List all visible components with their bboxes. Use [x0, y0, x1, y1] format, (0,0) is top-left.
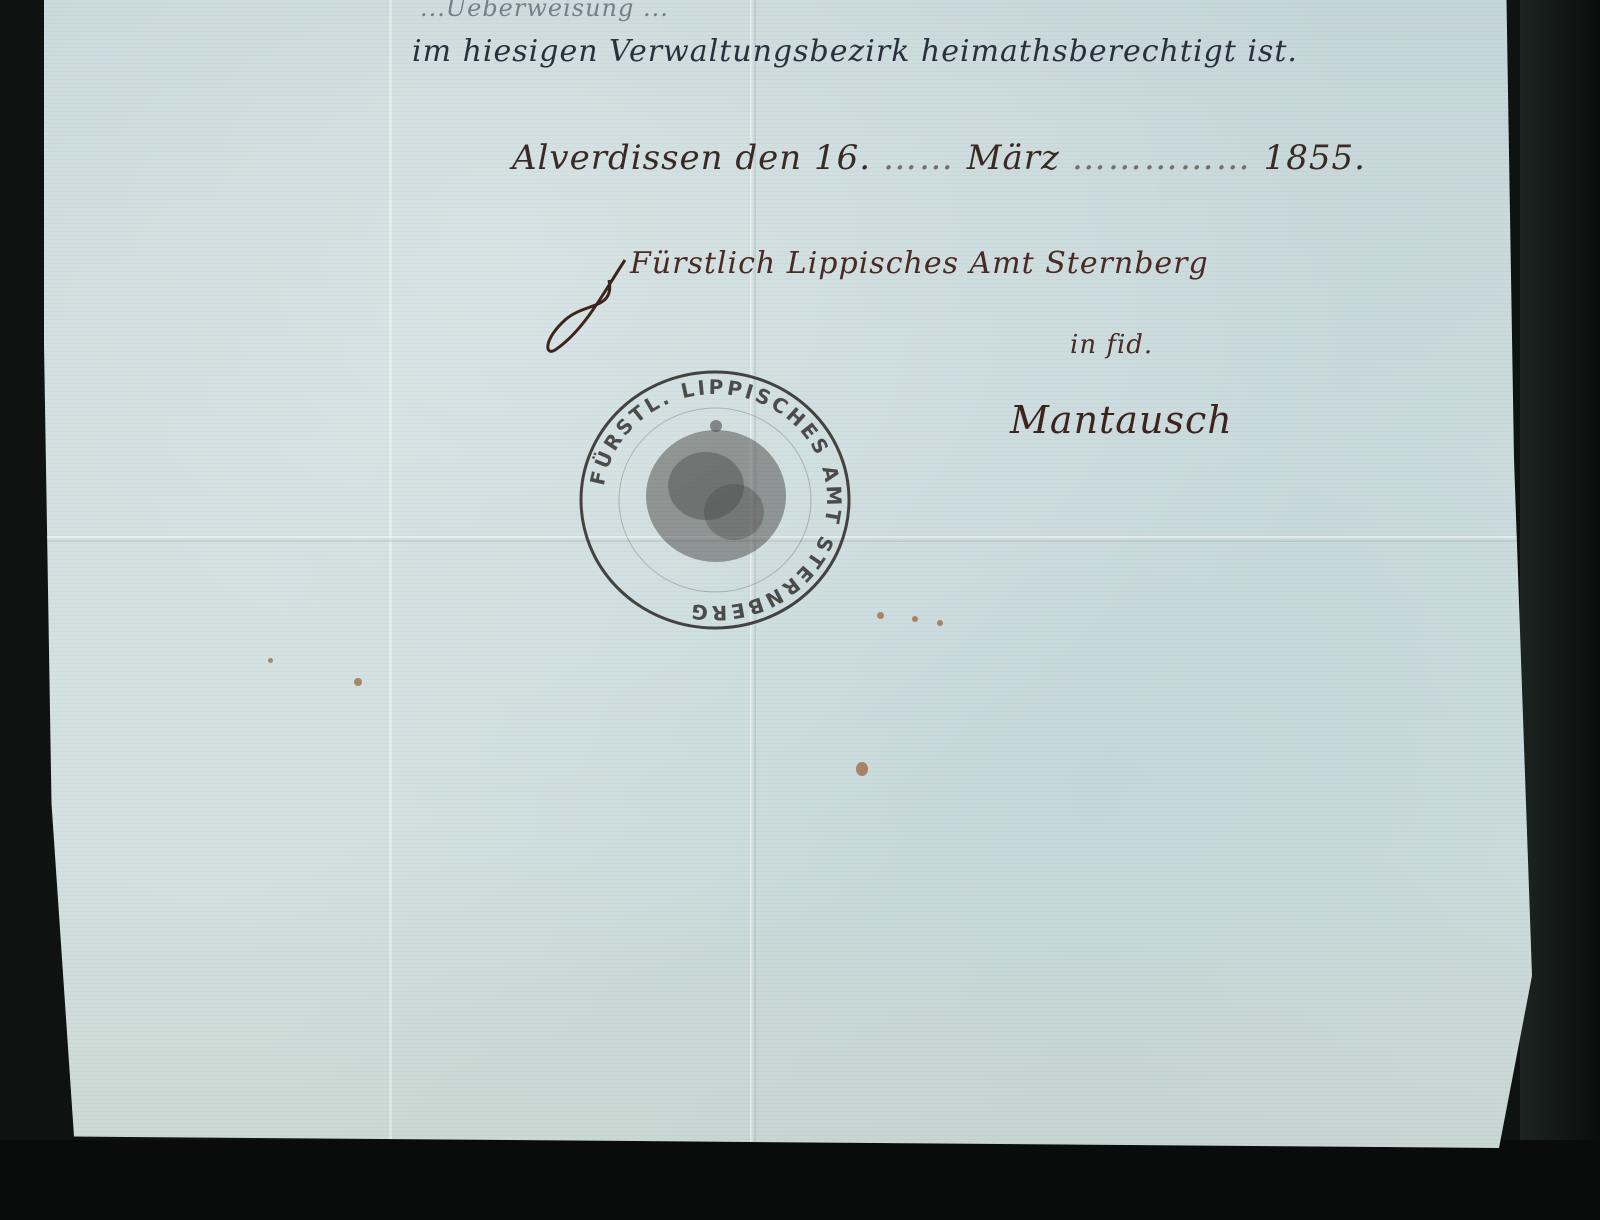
official-signature: Mantausch [1010, 398, 1233, 442]
date-year: 1855. [1264, 138, 1366, 178]
photo-background-right [1520, 0, 1600, 1220]
place-name: Alverdissen [512, 138, 724, 178]
text-line-partial: ...Ueberweisung ... [420, 0, 669, 22]
text-line-heimath: im hiesigen Verwaltungsbezirk heimathsbe… [412, 34, 1298, 69]
foxing-spot [912, 616, 918, 622]
place-date-line: Alverdissen den 16. …… März …………… 1855. [512, 138, 1366, 178]
date-day: 16. [814, 138, 871, 178]
foxing-spot [856, 762, 868, 776]
foxing-spot [354, 678, 362, 686]
foxing-spot [937, 620, 943, 626]
foxing-spot [877, 612, 884, 619]
dotted-filler: …… [883, 138, 955, 178]
in-fidem-note: in fid. [1070, 330, 1153, 360]
foxing-spot [268, 658, 273, 663]
paper-fold-left [389, 0, 392, 1148]
photo-background-bottom [0, 1140, 1600, 1220]
dotted-filler: …………… [1072, 138, 1252, 178]
date-word: den [735, 138, 802, 178]
issuing-authority: Fürstlich Lippisches Amt Sternberg [570, 246, 1209, 281]
date-month: März [967, 138, 1060, 178]
official-seal-stamp: FÜRSTL. LIPPISCHES AMT STERNBERG [576, 366, 854, 634]
coat-of-arms-icon [646, 420, 786, 562]
